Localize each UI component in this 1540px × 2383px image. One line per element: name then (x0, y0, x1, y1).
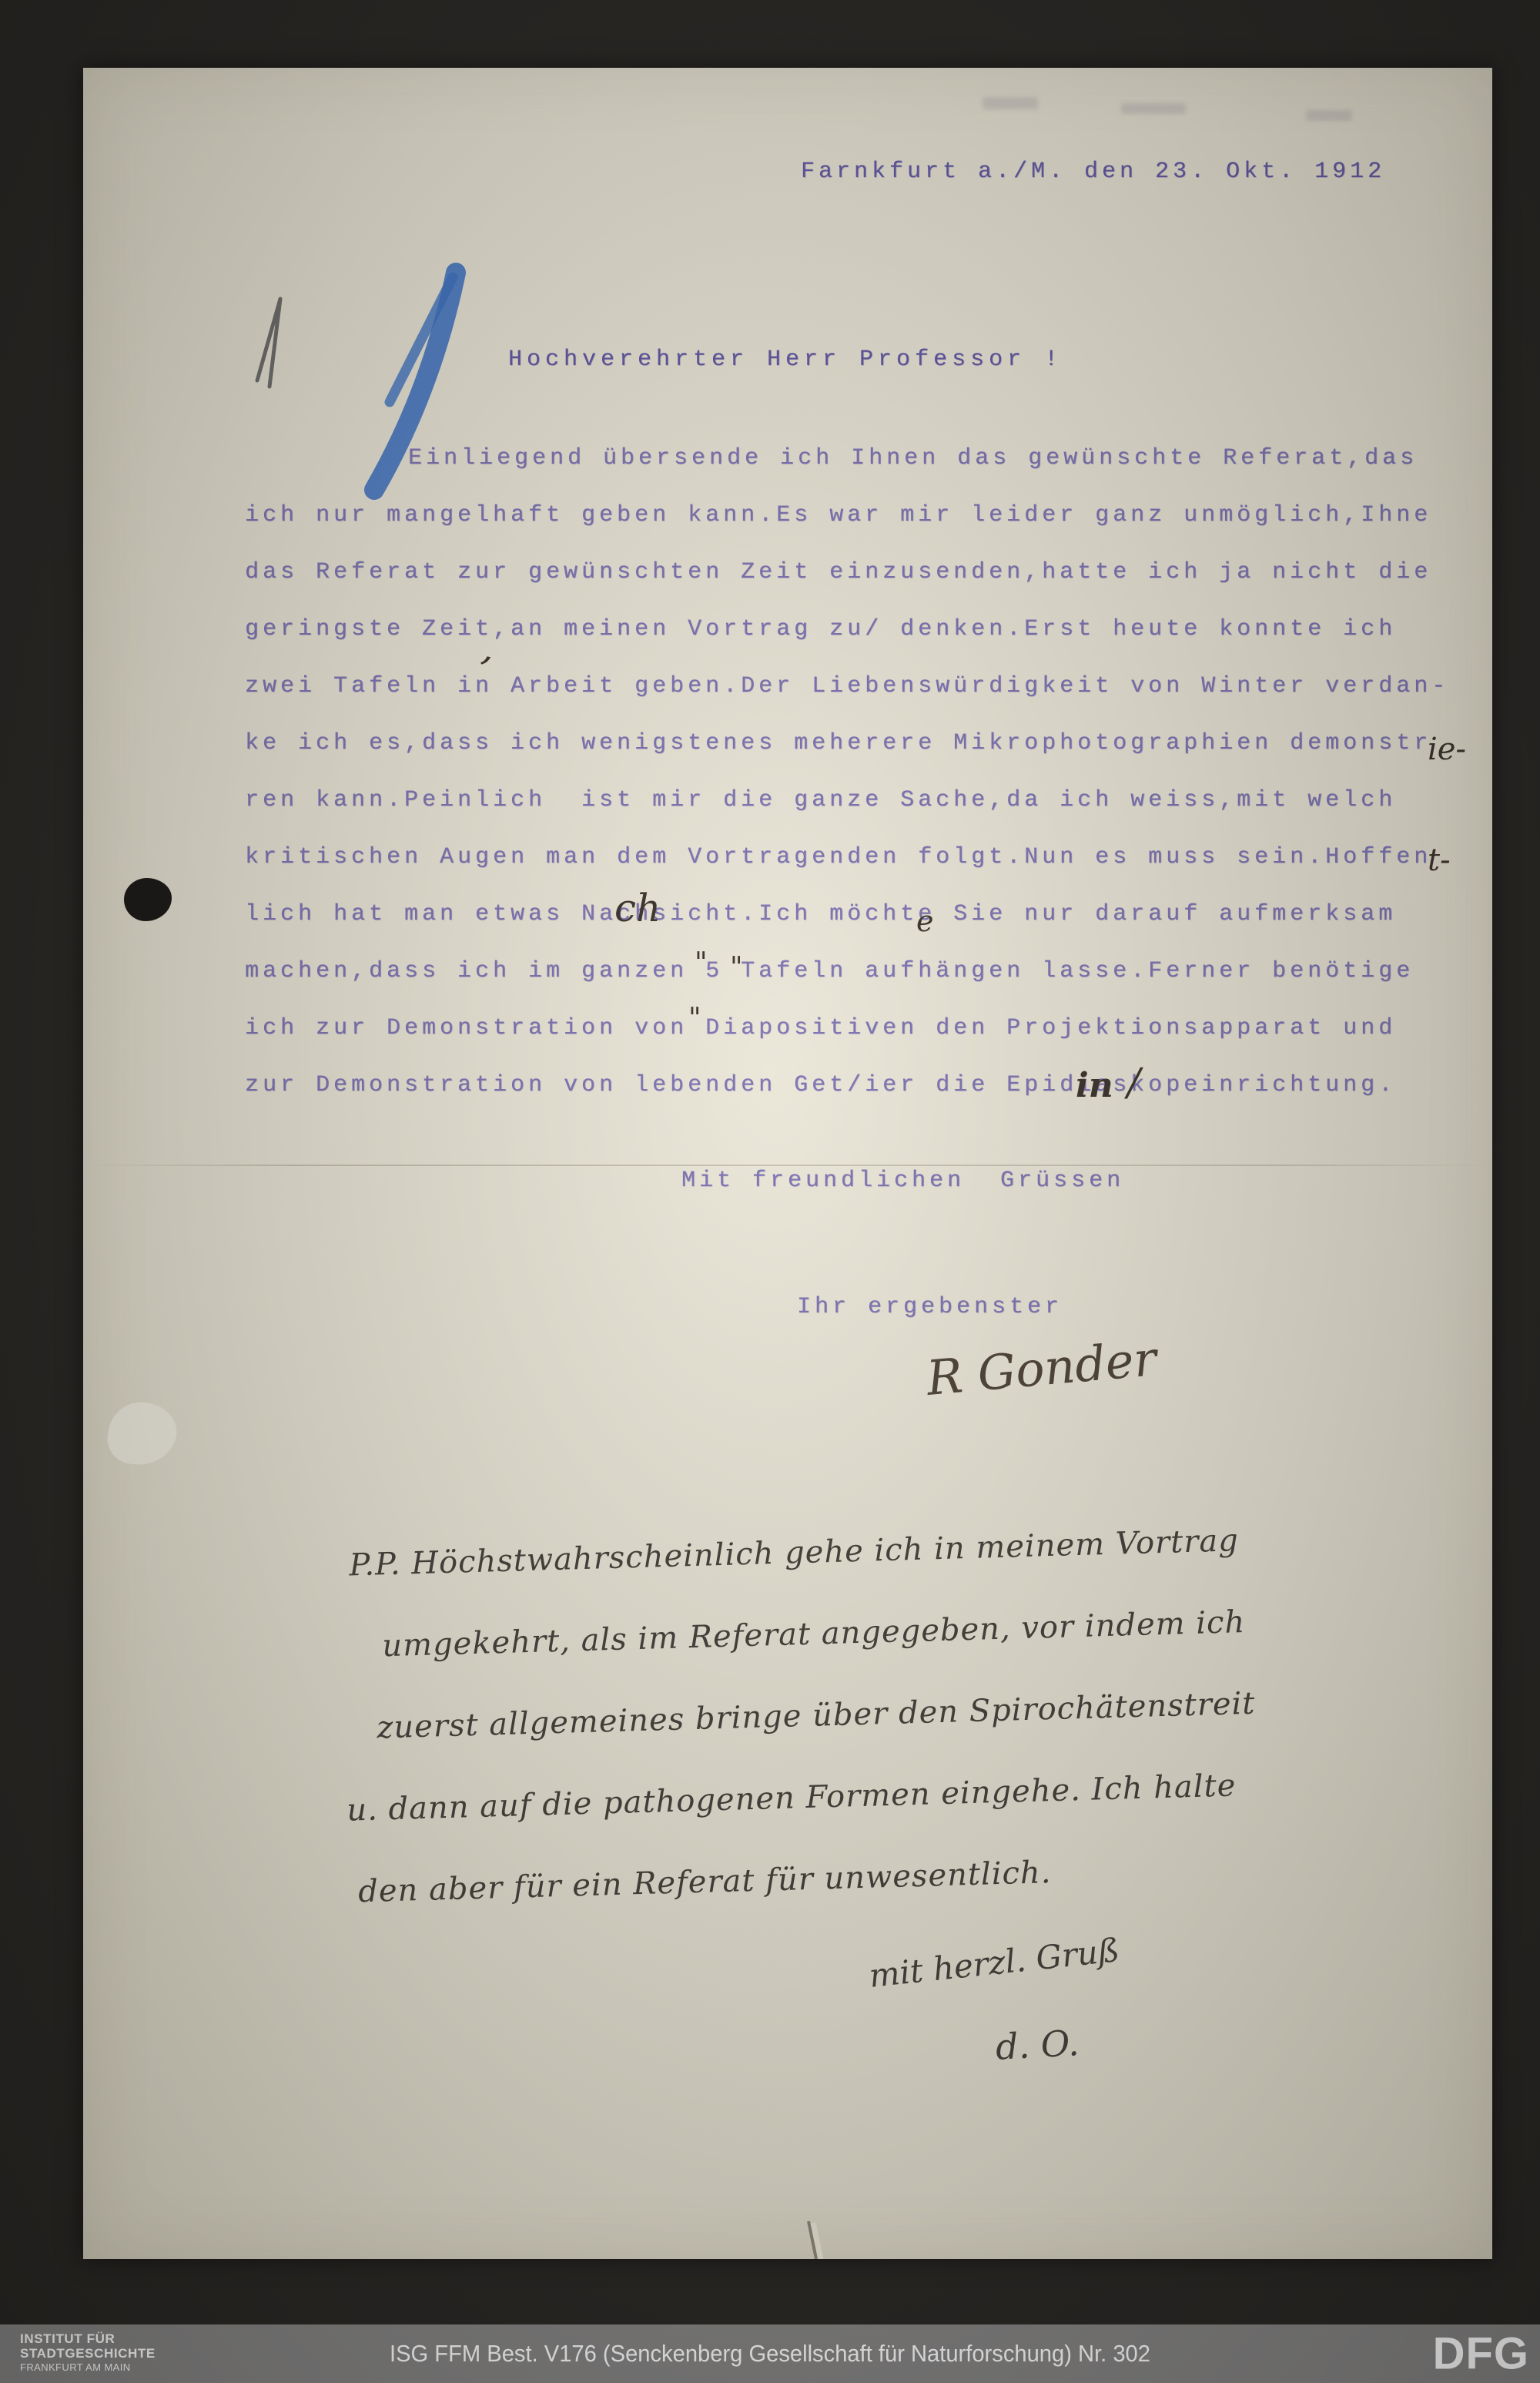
scan-background: Farnkfurt a./M. den 23. Okt. 1912 Hochve… (0, 0, 1540, 2383)
valediction-line: Ihr ergebenster (797, 1294, 1063, 1320)
postscript: P.P. Höchstwahrscheinlich gehe ich in me… (349, 1523, 1262, 1956)
body-line: lich hat man etwas Nachsicht.Ich möchte … (245, 901, 1449, 958)
body-line: ren kann.Peinlich ist mir die ganze Sach… (245, 787, 1449, 844)
ink-correction-suffix: t- (1428, 843, 1451, 878)
body-line: ke ich es,dass ich wenigstenes meherere … (245, 730, 1449, 787)
letter-body: Einliegend übersende ich Ihnen das gewün… (245, 445, 1449, 1129)
postscript-closing: mit herzl. Gruß (867, 1931, 1121, 1995)
archive-bar: INSTITUT FÜR STADTGESCHICHTE FRANKFURT A… (0, 2324, 1540, 2383)
ink-correction-overlay: in (1076, 1066, 1113, 1105)
pencil-smudge (1121, 103, 1186, 114)
archive-reference-label: ISG FFM Best. V176 (Senckenberg Gesellsc… (390, 2340, 1150, 2368)
body-line: zur Demonstration von lebenden Get/ier d… (245, 1072, 1449, 1129)
dfg-logo: DFG (1433, 2328, 1529, 2380)
dateline: Farnkfurt a./M. den 23. Okt. 1912 (801, 159, 1385, 185)
body-line: zwei Tafeln in Arbeit geben.Der Liebensw… (245, 673, 1449, 730)
ink-quote-mark: " (730, 952, 743, 984)
ink-correction-suffix: ie- (1428, 732, 1466, 767)
body-line: ich nur mangelhaft geben kann.Es war mir… (245, 502, 1449, 559)
handwritten-signature: R Gonder (924, 1330, 1158, 1406)
blue-crayon-numeral-1-flag (390, 277, 453, 402)
body-line: machen,dass ich im ganzen 5 Tafeln aufhä… (245, 958, 1449, 1015)
ink-quote-mark: " (695, 947, 708, 979)
institution-name-line: STADTGESCHICHTE (20, 2346, 156, 2361)
body-line: das Referat zur gewünschten Zeit einzuse… (245, 559, 1449, 616)
closing-line: Mit freundlichen Grüssen (681, 1168, 1124, 1194)
institution-name-line: INSTITUT FÜR (20, 2331, 156, 2346)
body-line: ich zur Demonstration von Diapositiven d… (245, 1015, 1449, 1072)
bottom-tear-highlight (813, 2223, 821, 2259)
fold-crease (83, 1165, 1492, 1166)
body-line: Einliegend übersende ich Ihnen das gewün… (245, 445, 1449, 502)
body-line: kritischen Augen man dem Vortragenden fo… (245, 844, 1449, 901)
salutation: Hochverehrter Herr Professor ! (508, 347, 1063, 373)
postscript-initials: d. O. (995, 2022, 1080, 2068)
letter-page: Farnkfurt a./M. den 23. Okt. 1912 Hochve… (83, 68, 1492, 2259)
ink-strikethrough: / (1127, 1060, 1140, 1104)
institution-label: INSTITUT FÜR STADTGESCHICHTE FRANKFURT A… (20, 2331, 156, 2374)
ink-correction-letter: e (916, 904, 934, 938)
institution-city-line: FRANKFURT AM MAIN (20, 2362, 156, 2374)
pencil-smudge (983, 97, 1038, 109)
body-line: geringste Zeit,an meinen Vortrag zu/ den… (245, 616, 1449, 673)
pencil-numeral-1 (257, 299, 280, 387)
punch-hole-top (124, 878, 172, 921)
pencil-smudge (1306, 110, 1352, 121)
bottom-tear-mark (808, 2221, 816, 2259)
ink-quote-mark: " (688, 1003, 701, 1034)
punch-hole-bottom (114, 1406, 167, 1455)
ink-correction-overlay: ch (614, 886, 661, 930)
